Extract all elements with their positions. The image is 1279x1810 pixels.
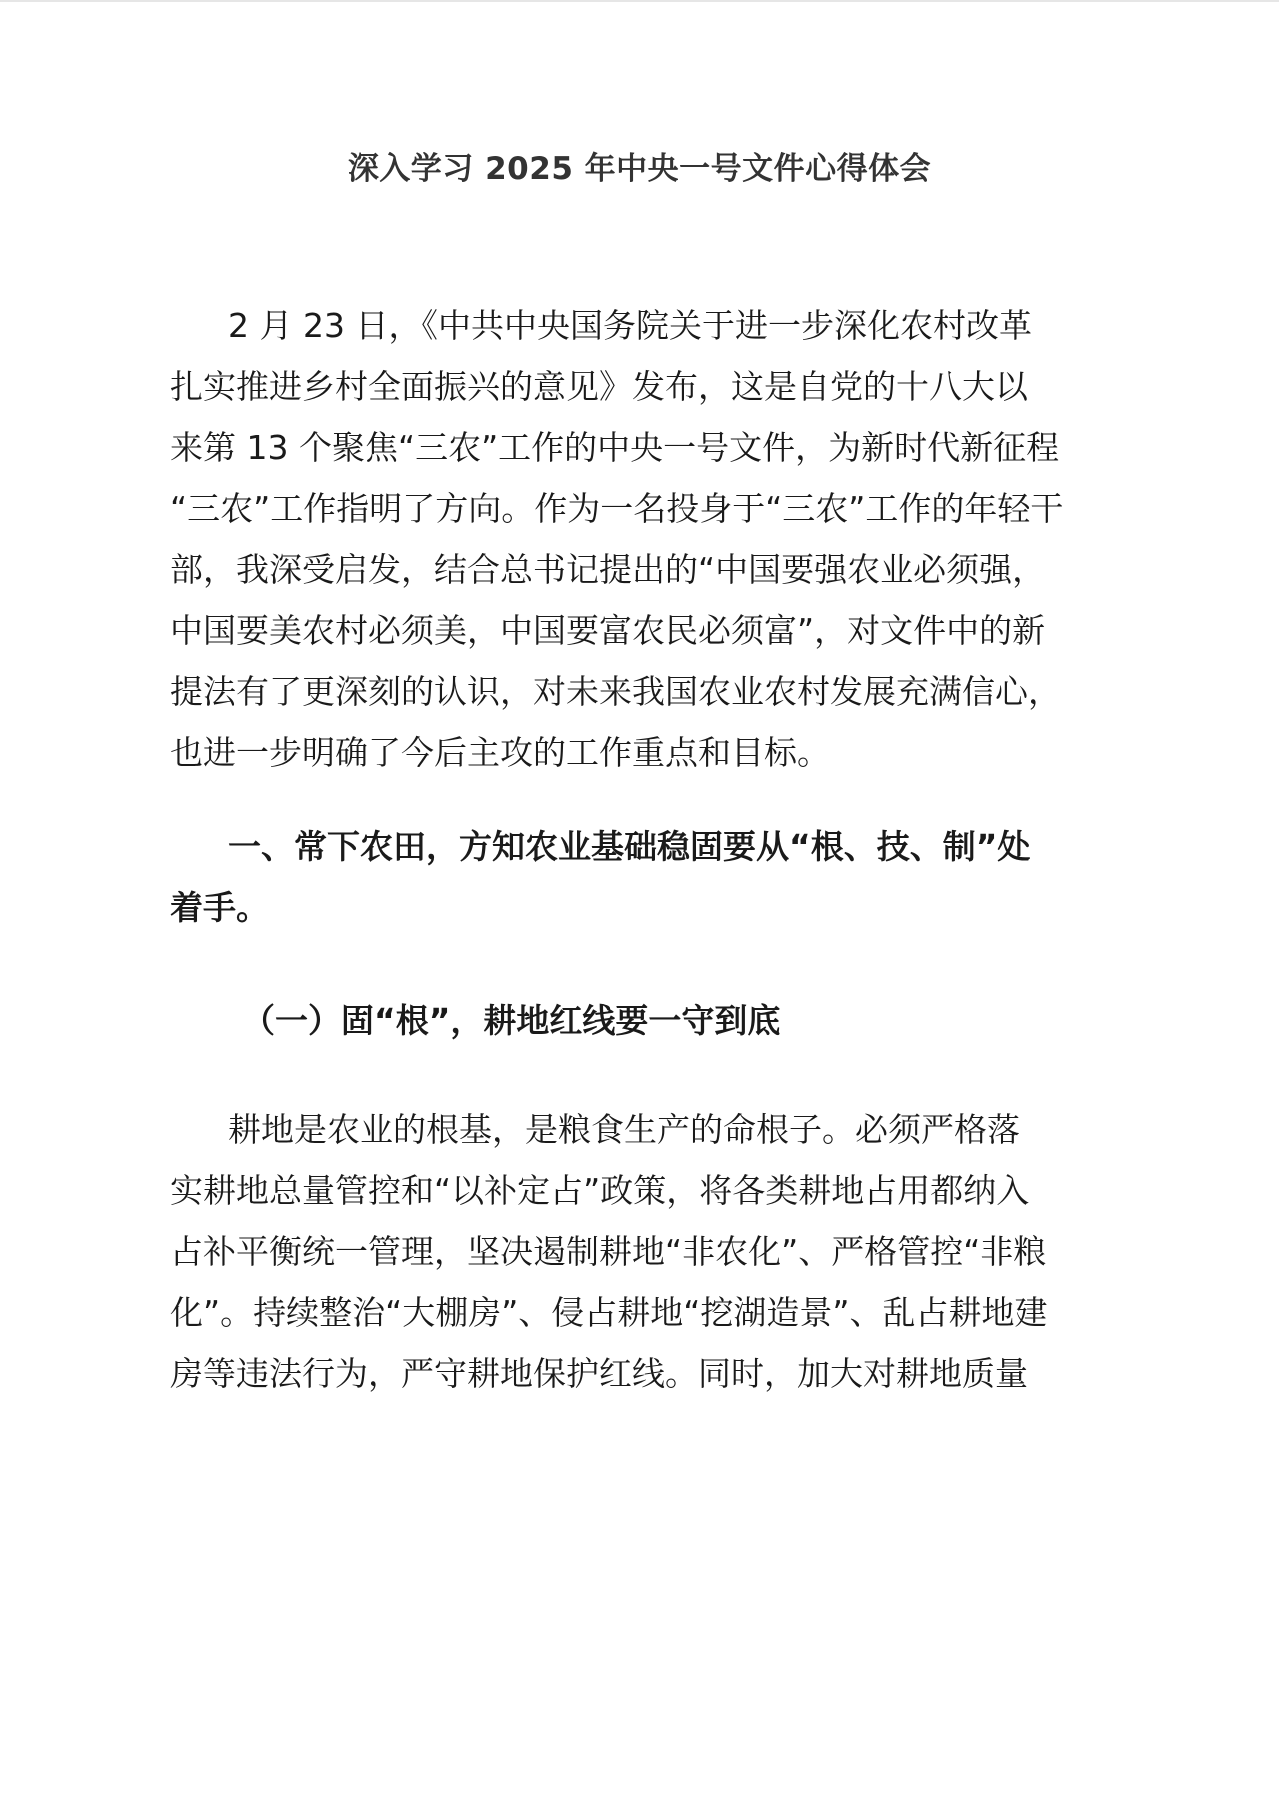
body-line: 耕地是农业的根基，是粮食生产的命根子。必须严格落 — [228, 1110, 1028, 1150]
intro-line: 中国要美农村必须美，中国要富农民必须富”，对文件中的新 — [170, 611, 970, 651]
document-title: 深入学习 2025 年中央一号文件心得体会 — [0, 143, 1279, 188]
body-line: 化”。持续整治“大棚房”、侵占耕地“挖湖造景”、乱占耕地建 — [170, 1293, 970, 1333]
subsection-heading: （一）固“根”，耕地红线要一守到底 — [242, 1001, 1042, 1041]
section-heading: 着手。 — [170, 888, 970, 928]
intro-line: 扎实推进乡村全面振兴的意见》发布，这是自党的十八大以 — [170, 367, 970, 407]
intro-line: “三农”工作指明了方向。作为一名投身于“三农”工作的年轻干 — [170, 489, 970, 529]
intro-line: 部，我深受启发，结合总书记提出的“中国要强农业必须强， — [170, 550, 970, 590]
intro-line: 来第 13 个聚焦“三农”工作的中央一号文件，为新时代新征程 — [170, 428, 970, 468]
body-line: 房等违法行为，严守耕地保护红线。同时，加大对耕地质量 — [170, 1354, 970, 1394]
page-top-border — [0, 0, 1279, 2]
body-line: 实耕地总量管控和“以补定占”政策，将各类耕地占用都纳入 — [170, 1171, 970, 1211]
intro-line: 2 月 23 日，《中共中央国务院关于进一步深化农村改革 — [228, 306, 1028, 346]
body-line: 占补平衡统一管理，坚决遏制耕地“非农化”、严格管控“非粮 — [170, 1232, 970, 1272]
intro-line: 提法有了更深刻的认识，对未来我国农业农村发展充满信心， — [170, 672, 970, 712]
section-heading: 一、常下农田，方知农业基础稳固要从“根、技、制”处 — [228, 827, 1028, 867]
intro-line: 也进一步明确了今后主攻的工作重点和目标。 — [170, 733, 970, 773]
